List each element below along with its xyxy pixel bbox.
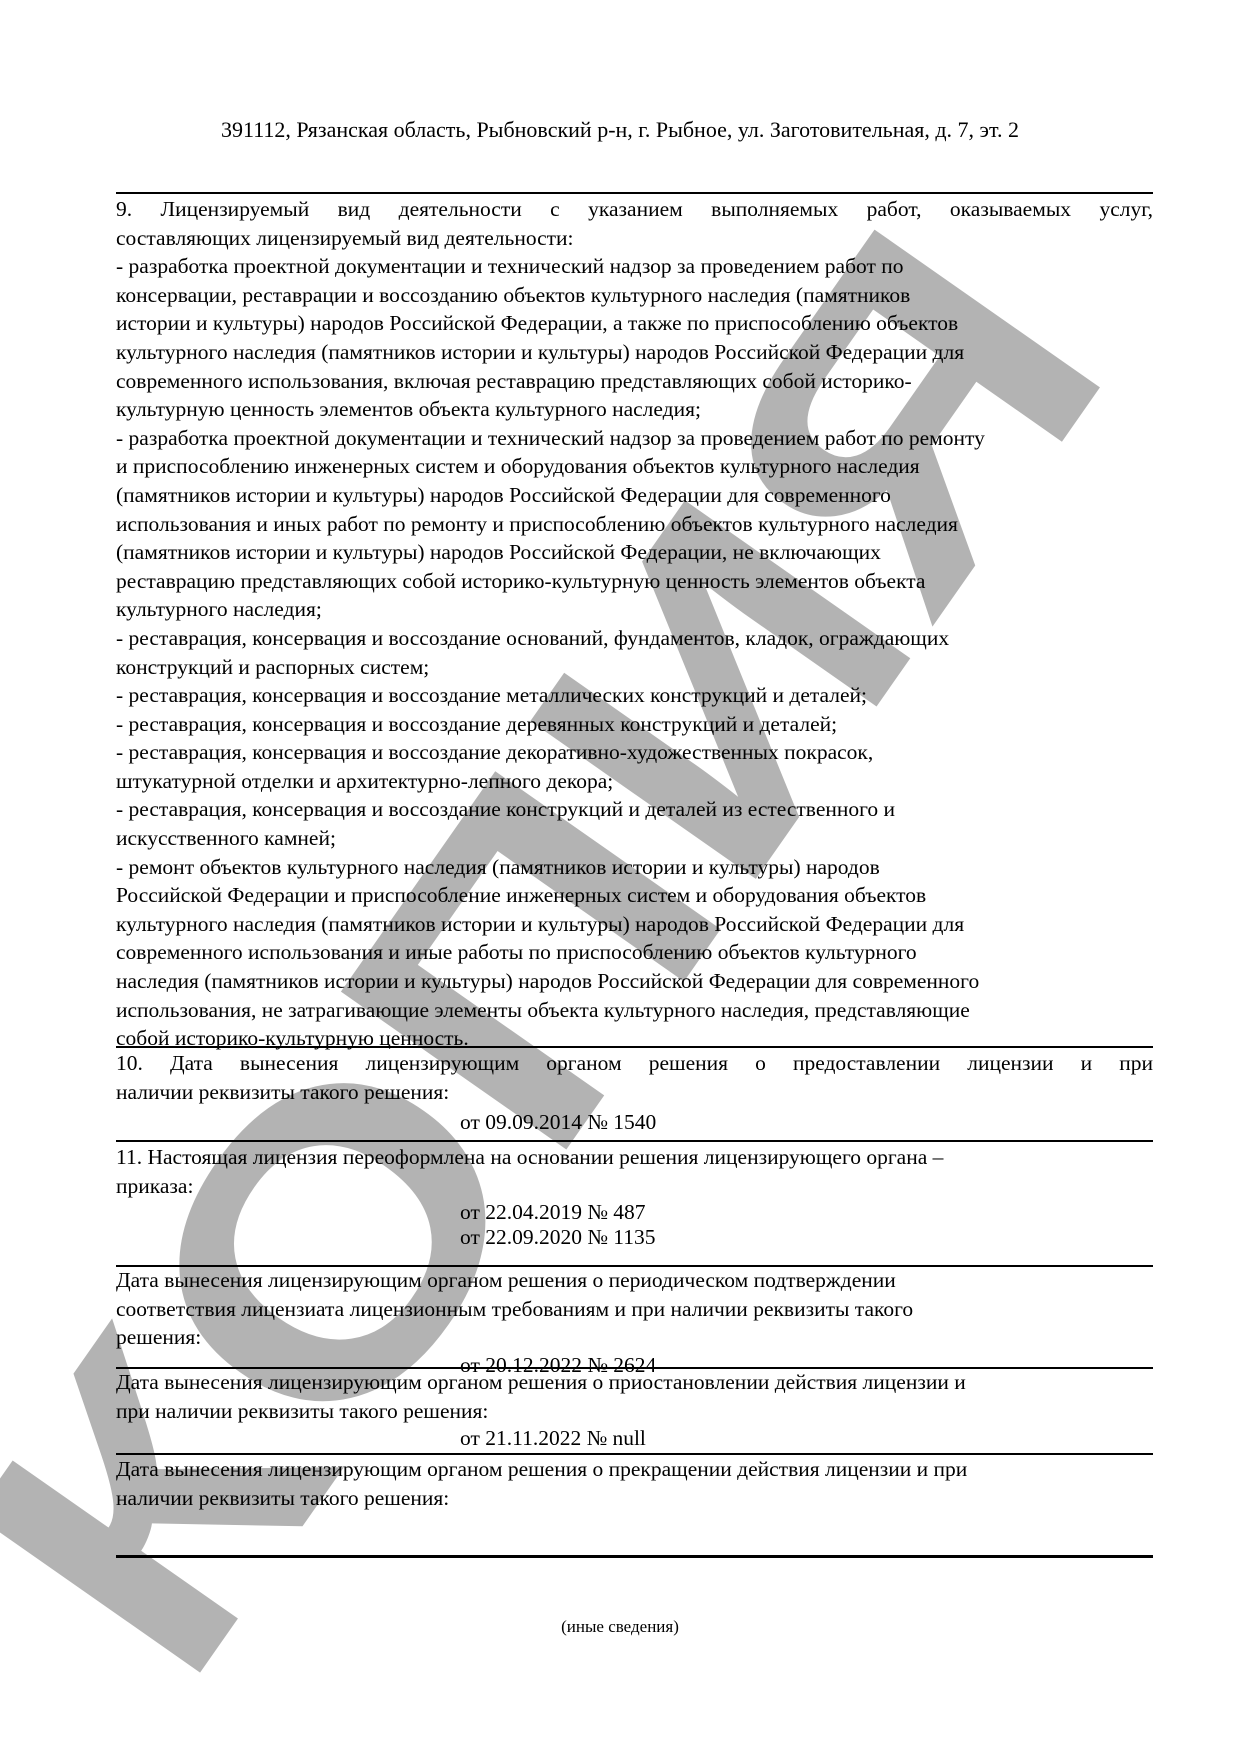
heading-line: Дата вынесения лицензирующим органом реш… <box>116 1368 1153 1397</box>
heading-line: приказа: <box>116 1172 1153 1201</box>
activity-line: - реставрация, консервация и воссоздание… <box>116 681 1153 710</box>
termination: Дата вынесения лицензирующим органом реш… <box>116 1455 1153 1512</box>
heading-line: при наличии реквизиты такого решения: <box>116 1397 1153 1426</box>
heading-line: 11. Настоящая лицензия переоформлена на … <box>116 1143 1153 1172</box>
decision-reference: от 22.09.2020 № 1135 <box>116 1225 1153 1250</box>
section-10-heading: 10. Дата вынесения лицензирующим органом… <box>116 1049 1153 1106</box>
activity-line: Российской Федерации и приспособление ин… <box>116 881 1153 910</box>
heading-line: Дата вынесения лицензирующим органом реш… <box>116 1266 1153 1295</box>
activity-line: - разработка проектной документации и те… <box>116 252 1153 281</box>
other-info-caption: (иные сведения) <box>0 1617 1240 1637</box>
document-page: КОПИЯ 391112, Рязанская область, Рыбновс… <box>0 0 1240 1755</box>
heading-line: Дата вынесения лицензирующим органом реш… <box>116 1455 1153 1484</box>
activity-line: современного использования, включая рест… <box>116 367 1153 396</box>
section-11-order-refs: от 22.04.2019 № 487от 22.09.2020 № 1135 <box>116 1200 1153 1250</box>
divider <box>116 192 1153 194</box>
activity-line: - реставрация, консервация и воссоздание… <box>116 795 1153 824</box>
activity-line: реставрацию представляющих собой историк… <box>116 567 1153 596</box>
decision-reference: от 21.11.2022 № null <box>116 1425 1153 1451</box>
activity-line: - ремонт объектов культурного наследия (… <box>116 853 1153 882</box>
activity-line: (памятников истории и культуры) народов … <box>116 481 1153 510</box>
activity-line: культурного наследия; <box>116 595 1153 624</box>
heading-line: составляющих лицензируемый вид деятельно… <box>116 224 1153 253</box>
section-9-heading: 9. Лицензируемый вид деятельности с указ… <box>116 195 1153 252</box>
periodic-confirmation: Дата вынесения лицензирующим органом реш… <box>116 1266 1153 1378</box>
activity-line: - разработка проектной документации и те… <box>116 424 1153 453</box>
section-9: 9. Лицензируемый вид деятельности с указ… <box>116 195 1153 1053</box>
section-11: 11. Настоящая лицензия переоформлена на … <box>116 1143 1153 1250</box>
activity-line: использования и иных работ по ремонту и … <box>116 510 1153 539</box>
activity-line: штукатурной отделки и архитектурно-лепно… <box>116 767 1153 796</box>
heading-line: 10. Дата вынесения лицензирующим органом… <box>116 1049 1153 1078</box>
activity-line: консервации, реставрации и воссозданию о… <box>116 281 1153 310</box>
heading-line: наличии реквизиты такого решения: <box>116 1078 1153 1107</box>
activity-line: культурную ценность элементов объекта ку… <box>116 395 1153 424</box>
activity-line: и приспособлению инженерных систем и обо… <box>116 452 1153 481</box>
licensee-address: 391112, Рязанская область, Рыбновский р-… <box>0 117 1240 143</box>
activity-line: - реставрация, консервация и воссоздание… <box>116 738 1153 767</box>
divider <box>116 1140 1153 1142</box>
periodic-confirmation-heading: Дата вынесения лицензирующим органом реш… <box>116 1266 1153 1352</box>
suspension-refs: от 21.11.2022 № null <box>116 1425 1153 1451</box>
activity-line: современного использования и иные работы… <box>116 938 1153 967</box>
activity-line: наследия (памятников истории и культуры)… <box>116 967 1153 996</box>
activity-line: - реставрация, консервация и воссоздание… <box>116 624 1153 653</box>
decision-reference: от 09.09.2014 № 1540 <box>116 1108 1153 1137</box>
divider <box>116 1046 1153 1048</box>
heading-line: 9. Лицензируемый вид деятельности с указ… <box>116 195 1153 224</box>
heading-line: соответствия лицензиата лицензионным тре… <box>116 1295 1153 1324</box>
section-10-decision-refs: от 09.09.2014 № 1540 <box>116 1108 1153 1137</box>
activity-line: - реставрация, консервация и воссоздание… <box>116 710 1153 739</box>
section-11-heading: 11. Настоящая лицензия переоформлена на … <box>116 1143 1153 1200</box>
heading-line: наличии реквизиты такого решения: <box>116 1484 1153 1513</box>
bottom-divider <box>116 1555 1153 1558</box>
document-content: 391112, Рязанская область, Рыбновский р-… <box>0 0 1240 1755</box>
decision-reference: от 22.04.2019 № 487 <box>116 1200 1153 1225</box>
activity-line: культурного наследия (памятников истории… <box>116 338 1153 367</box>
activity-line: использования, не затрагивающие элементы… <box>116 996 1153 1025</box>
activity-line: конструкций и распорных систем; <box>116 653 1153 682</box>
suspension: Дата вынесения лицензирующим органом реш… <box>116 1368 1153 1451</box>
section-10: 10. Дата вынесения лицензирующим органом… <box>116 1049 1153 1137</box>
activity-line: искусственного камней; <box>116 824 1153 853</box>
termination-heading: Дата вынесения лицензирующим органом реш… <box>116 1455 1153 1512</box>
section-9-activity-list: - разработка проектной документации и те… <box>116 252 1153 1053</box>
heading-line: решения: <box>116 1323 1153 1352</box>
activity-line: культурного наследия (памятников истории… <box>116 910 1153 939</box>
suspension-heading: Дата вынесения лицензирующим органом реш… <box>116 1368 1153 1425</box>
activity-line: (памятников истории и культуры) народов … <box>116 538 1153 567</box>
activity-line: истории и культуры) народов Российской Ф… <box>116 309 1153 338</box>
